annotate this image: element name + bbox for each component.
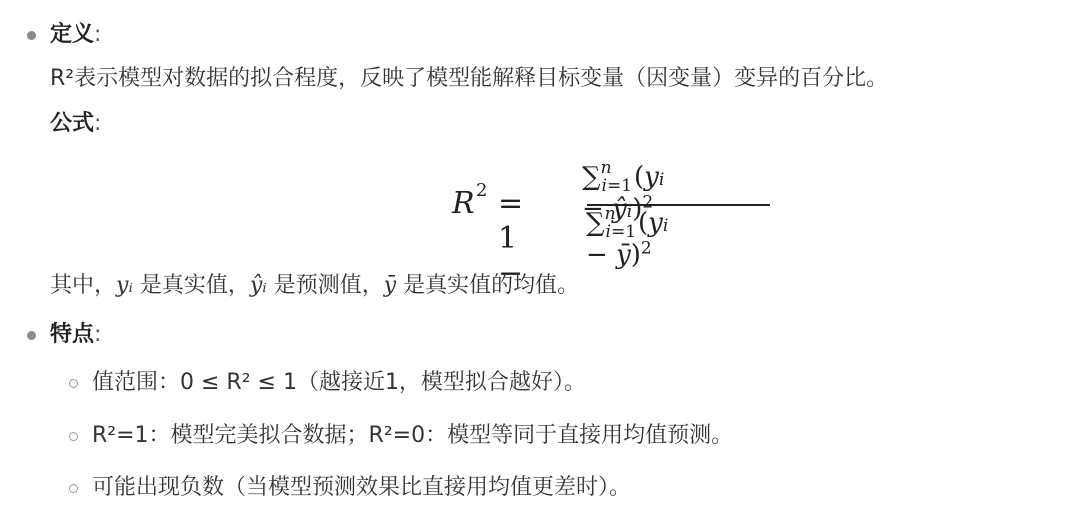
bullet-icon (27, 31, 36, 40)
formula-denominator: ∑ni=1(yi − ȳ)2 (586, 208, 668, 270)
yi-desc: 是真实值， (133, 273, 250, 298)
formula-explanation: 其中，yᵢ 是真实值，ŷᵢ 是预测值，ȳ 是真实值的均值。 (50, 271, 579, 301)
formula-lhs: R (452, 186, 475, 221)
formula-lhs-sup: 2 (476, 180, 487, 201)
ybar-desc: 是真实值的均值。 (396, 273, 579, 298)
symbol-ybar: ȳ (384, 273, 396, 298)
feature-item: 可能出现负数（当模型预测效果比直接用均值更差时）。 (92, 473, 631, 503)
colon: : (94, 111, 101, 136)
colon: : (94, 322, 101, 347)
sub-bullet-icon (69, 484, 78, 493)
formula-heading: 公式 (50, 111, 94, 136)
sub-bullet-icon (69, 432, 78, 441)
sub-bullet-icon (69, 379, 78, 388)
explanation-prefix: 其中， (50, 273, 116, 298)
yhat-desc: 是预测值， (267, 273, 384, 298)
definition-text: R²表示模型对数据的拟合程度，反映了模型能解释目标变量（因变量）变异的百分比。 (50, 64, 888, 94)
definition-heading-line: 定义: (50, 20, 101, 50)
symbol-yhat: ŷᵢ (250, 273, 267, 298)
feature-item: 值范围：0 ≤ R² ≤ 1（越接近1，模型拟合越好）。 (92, 368, 586, 398)
features-heading-line: 特点: (50, 320, 101, 350)
formula-heading-line: 公式: (50, 109, 101, 139)
bullet-icon (27, 331, 36, 340)
definition-heading: 定义 (50, 22, 94, 47)
feature-item: R²=1：模型完美拟合数据；R²=0：模型等同于直接用均值预测。 (92, 421, 733, 451)
colon: : (94, 22, 101, 47)
features-heading: 特点 (50, 322, 94, 347)
symbol-yi: yᵢ (116, 273, 133, 298)
